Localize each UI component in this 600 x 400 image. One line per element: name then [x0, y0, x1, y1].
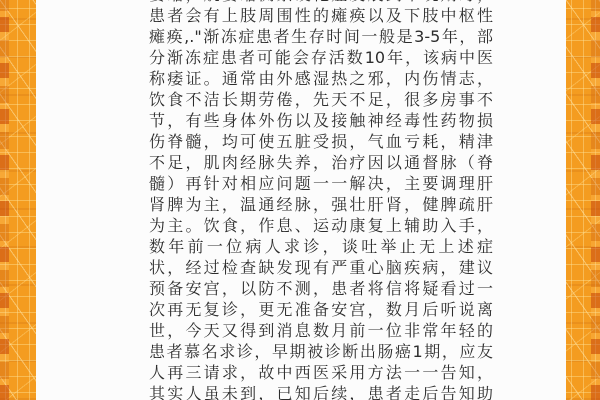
- text-line: 世，今天又得到消息数月前一位非常年轻的: [149, 320, 493, 341]
- text-line: 分渐冻症患者可能会存活数10年，该病中医: [149, 47, 493, 68]
- text-line: 数年前一位病人求诊，谈吐举止无上述症: [149, 236, 493, 257]
- text-line: 肾脾为主，温通经脉，强壮肝肾，健脾疏肝: [149, 194, 493, 215]
- text-line: 其实人虽未到，已知后续，患者走后告知助: [149, 383, 493, 400]
- text-line: 饮食不洁长期劳倦，先天不足，很多房事不: [149, 89, 493, 110]
- decorative-border-right: [566, 0, 600, 400]
- content-card: 萎缩，肌萎缩侧索硬化症发展到中晚期时，患者会有上肢周围性的瘫痪以及下肢中枢性瘫痪…: [36, 0, 566, 400]
- text-line: 髓）再针对相应问题一一解决，主要调理肝: [149, 173, 493, 194]
- text-line: 瘫痪,."渐冻症患者生存时间一般是3-5年，部: [149, 26, 493, 47]
- text-line: 为主。饮食，作息、运动康复上辅助入手，: [149, 215, 493, 236]
- screenshot-canvas: 萎缩，肌萎缩侧索硬化症发展到中晚期时，患者会有上肢周围性的瘫痪以及下肢中枢性瘫痪…: [0, 0, 600, 400]
- text-line: 患者会有上肢周围性的瘫痪以及下肢中枢性: [149, 5, 493, 26]
- text-line: 次再无复诊，更无准备安宫，数月后听说离: [149, 299, 493, 320]
- text-line: 节，有些身体外伤以及接触神经毒性药物损: [149, 110, 493, 131]
- article-text: 萎缩，肌萎缩侧索硬化症发展到中晚期时，患者会有上肢周围性的瘫痪以及下肢中枢性瘫痪…: [149, 0, 493, 400]
- text-line: 预备安宫，以防不测，患者将信将疑看过一: [149, 278, 493, 299]
- text-line: 人再三请求，故中西医采用方法一一告知，: [149, 362, 493, 383]
- text-line: 称痿证。通常由外感湿热之邪，内伤情志，: [149, 68, 493, 89]
- text-line: 不足，肌肉经脉失养，治疗因以通督脉（脊: [149, 152, 493, 173]
- text-line: 患者慕名求诊，早期被诊断出肠癌1期，应友: [149, 341, 493, 362]
- text-line: 状，经过检查缺发现有严重心脑疾病，建议: [149, 257, 493, 278]
- text-line: 伤脊髓，均可使五脏受损，气血亏耗，精津: [149, 131, 493, 152]
- decorative-border-left: [0, 0, 36, 400]
